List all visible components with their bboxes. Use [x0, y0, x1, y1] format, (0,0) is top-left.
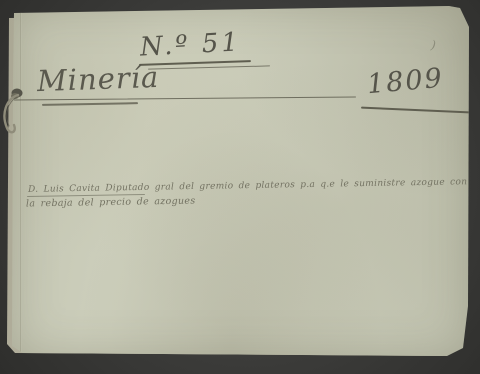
year-underline — [361, 107, 471, 113]
title-underline — [42, 102, 138, 106]
vertical-fold-crease — [20, 10, 22, 354]
scanned-document-view: N.º 51 Minería 1809 ) D. Luis Cavita Dip… — [0, 0, 480, 374]
number-underline-second — [148, 65, 270, 69]
document-number: N.º 51 — [139, 27, 241, 62]
binding-thread-icon — [0, 84, 28, 142]
section-title: Minería — [36, 60, 159, 98]
manuscript-cover-page: N.º 51 Minería 1809 ) D. Luis Cavita Dip… — [11, 6, 470, 358]
body-text-line-1: D. Luis Cavita Diputado gral del gremio … — [28, 177, 473, 195]
document-year: 1809 — [366, 63, 445, 101]
body-text-line-2: la rebaja del precio de azogues — [26, 196, 196, 210]
faint-pencil-mark: ) — [430, 38, 437, 53]
